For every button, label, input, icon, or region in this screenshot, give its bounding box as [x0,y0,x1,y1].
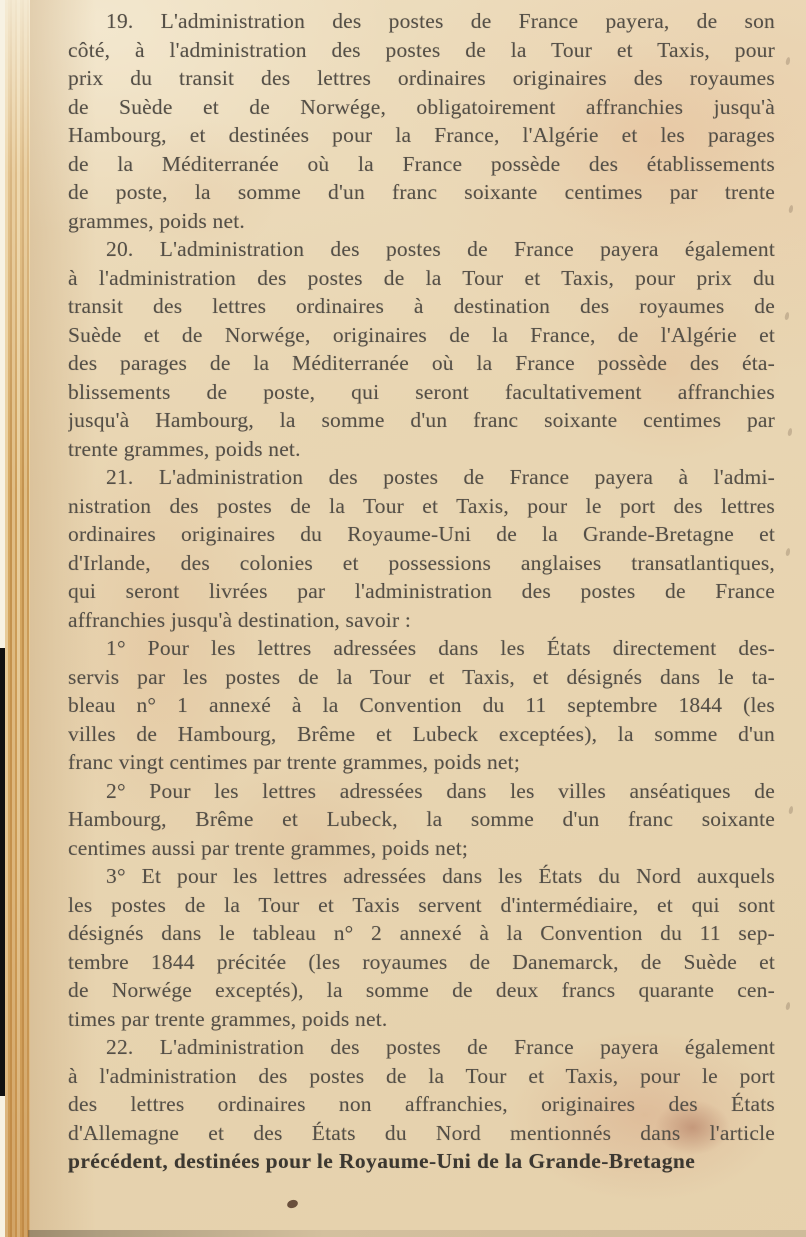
text-line: transit des lettres ordinaires à destina… [68,292,775,321]
text-line: bleau n° 1 annexé à la Convention du 11 … [68,691,775,720]
text-line: franc vingt centimes par trente grammes,… [68,748,775,777]
text-line: 19. L'administration des postes de Franc… [68,7,775,36]
text-line: Hambourg, et destinées pour la France, l… [68,121,775,150]
text-line: précédent, destinées pour le Royaume-Uni… [68,1147,775,1176]
text-line: jusqu'à Hambourg, la somme d'un franc so… [68,406,775,435]
paragraph-article-20: 20. L'administration des postes de Franc… [68,235,775,463]
text-line: d'Allemagne et des États du Nord mention… [68,1119,775,1148]
text-line: d'Irlande, des colonies et possessions a… [68,549,775,578]
text-line: désignés dans le tableau n° 2 annexé à l… [68,919,775,948]
text-line: centimes aussi par trente grammes, poids… [68,834,775,863]
text-line: Suède et de Norwége, originaires de la F… [68,321,775,350]
text-line: 2° Pour les lettres adressées dans les v… [68,777,775,806]
text-line: à l'administration des postes de la Tour… [68,1062,775,1091]
paragraph-article-21-item-1: 1° Pour les lettres adressées dans les É… [68,634,775,777]
speck [784,312,790,321]
text-block: 19. L'administration des postes de Franc… [68,7,775,1176]
text-line: 1° Pour les lettres adressées dans les É… [68,634,775,663]
paragraph-article-21: 21. L'administration des postes de Franc… [68,463,775,634]
text-line: de Suède et de Norwége, obligatoirement … [68,93,775,122]
text-line: grammes, poids net. [68,207,775,236]
text-line: 21. L'administration des postes de Franc… [68,463,775,492]
text-line: ordinaires originaires du Royaume-Uni de… [68,520,775,549]
paragraph-article-21-item-2: 2° Pour les lettres adressées dans les v… [68,777,775,863]
text-line: times par trente grammes, poids net. [68,1005,775,1034]
text-line: côté, à l'administration des postes de l… [68,36,775,65]
text-line: qui seront livrées par l'administration … [68,577,775,606]
paragraph-article-21-item-3: 3° Et pour les lettres adressées dans le… [68,862,775,1033]
text-line: de la Méditerranée où la France possède … [68,150,775,179]
text-line: trente grammes, poids net. [68,435,775,464]
text-line: des parages de la Méditerranée où la Fra… [68,349,775,378]
speck [788,806,794,815]
speck [787,428,793,437]
text-line: servis par les postes de la Tour et Taxi… [68,663,775,692]
speck [788,205,794,214]
book-fore-edge [5,0,30,1237]
text-line: des lettres ordinaires non affranchies, … [68,1090,775,1119]
text-line: villes de Hambourg, Brême et Lubeck exce… [68,720,775,749]
text-line: de poste, la somme d'un franc soixante c… [68,178,775,207]
speck [785,1002,791,1011]
text-line: 20. L'administration des postes de Franc… [68,235,775,264]
text-line: tembre 1844 précitée (les royaumes de Da… [68,948,775,977]
text-line: affranchies jusqu'à destination, savoir … [68,606,775,635]
text-line: blissements de poste, qui seront faculta… [68,378,775,407]
scanned-page: 19. L'administration des postes de Franc… [0,0,806,1237]
text-line: 3° Et pour les lettres adressées dans le… [68,862,775,891]
ink-mark [286,1198,299,1209]
paragraph-article-22: 22. L'administration des postes de Franc… [68,1033,775,1176]
text-line: prix du transit des lettres ordinaires o… [68,64,775,93]
text-line: les postes de la Tour et Taxis servent d… [68,891,775,920]
text-line: nistration des postes de la Tour et Taxi… [68,492,775,521]
text-line: à l'administration des postes de la Tour… [68,264,775,293]
text-line: de Norwége exceptés), la somme de deux f… [68,976,775,1005]
paragraph-article-19: 19. L'administration des postes de Franc… [68,7,775,235]
text-line: 22. L'administration des postes de Franc… [68,1033,775,1062]
speck [785,548,791,557]
scan-bottom-edge [28,1230,806,1237]
speck [785,57,791,66]
text-line: Hambourg, Brême et Lubeck, la somme d'un… [68,805,775,834]
